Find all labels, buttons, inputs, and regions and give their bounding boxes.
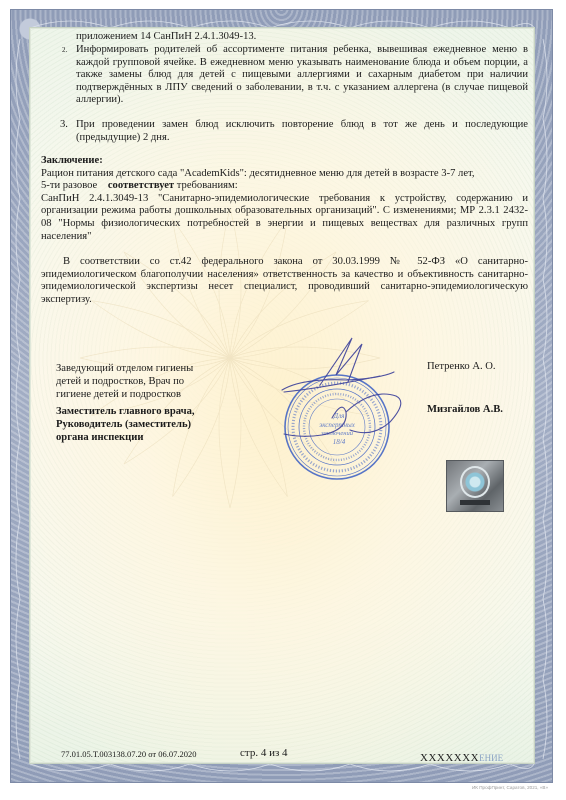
masked-code-text: XXXXXXX	[420, 752, 479, 764]
signatory-2-name: Мизгайлов А.В.	[427, 404, 503, 415]
position-line: Заместитель главного врача,	[56, 405, 195, 418]
signatory-2-position: Заместитель главного врача, Руководитель…	[56, 405, 195, 444]
legal-note: В соответствии со ст.42 федерального зак…	[41, 256, 528, 306]
position-line: Заведующий отделом гигиены	[56, 362, 193, 375]
signatory-1-name: Петренко А. О.	[427, 361, 496, 372]
hologram-sticker	[446, 460, 504, 512]
item-number: 3.	[60, 119, 68, 130]
position-line: органа инспекции	[56, 431, 195, 444]
signatory-1-position: Заведующий отделом гигиены детей и подро…	[56, 362, 193, 401]
page-indicator: стр. 4 из 4	[240, 747, 288, 759]
conclusion-line-2: 5-ти разовое соответствует требованиям:	[41, 180, 528, 193]
item-number: 2.	[62, 46, 67, 54]
hologram-bar	[460, 500, 490, 505]
position-line: детей и подростков, Врач по	[56, 375, 193, 388]
position-line: гигиене детей и подростков	[56, 388, 193, 401]
conclusion-suffix: требованиям:	[177, 180, 238, 191]
printer-imprint: ИК ПрофПринт, Саратов, 2021, «В»	[472, 785, 548, 790]
conclusion-block: Заключение: Рацион питания детского сада…	[41, 155, 528, 243]
masked-code: XXXXXXXЕНИЕ	[420, 752, 503, 764]
conclusion-line-1: Рацион питания детского сада "AcademKids…	[41, 168, 528, 181]
continuation-line: приложением 14 СанПиН 2.4.1.3049-13.	[76, 31, 528, 44]
handwritten-signature	[262, 330, 412, 460]
conclusion-verdict: соответствует	[108, 180, 174, 191]
masked-ghost-text: ЕНИЕ	[479, 753, 503, 763]
emblem-icon	[462, 468, 488, 496]
list-item: Информировать родителей об ассортименте …	[76, 44, 528, 107]
document-number: 77.01.05.Т.003138.07.20 от 06.07.2020	[61, 749, 196, 759]
conclusion-heading: Заключение:	[41, 155, 103, 166]
conclusion-prefix: 5-ти разовое	[41, 180, 97, 191]
position-line: Руководитель (заместитель)	[56, 418, 195, 431]
conclusion-requirements: СанПиН 2.4.1.3049-13 "Санитарно-эпидемио…	[41, 193, 528, 243]
list-item: При проведении замен блюд исключить повт…	[76, 119, 528, 144]
